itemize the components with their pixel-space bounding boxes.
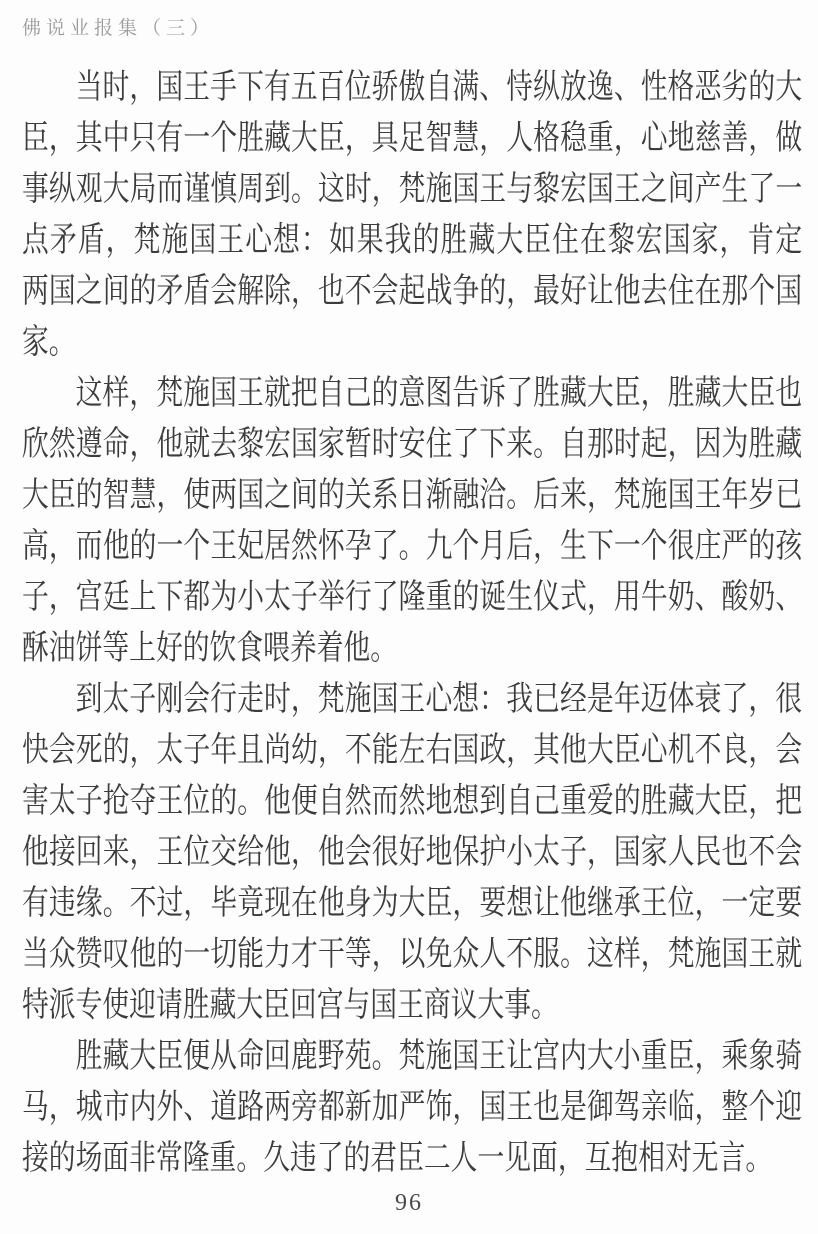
text-line: 这样，梵施国王就把自己的意图告诉了胜藏大臣，胜藏大臣也 (22, 368, 802, 419)
text-line: 臣，其中只有一个胜藏大臣，具足智慧，人格稳重，心地慈善，做 (22, 113, 802, 164)
text-line: 接的场面非常隆重。久违了的君臣二人一见面，互抱相对无言。 (22, 1133, 802, 1184)
text-line: 当众赞叹他的一切能力才干等，以免众人不服。这样，梵施国王就 (22, 929, 802, 980)
text-line: 特派专使迎请胜藏大臣回宫与国王商议大事。 (22, 980, 802, 1031)
text-line: 他接回来，王位交给他，他会很好地保护小太子，国家人民也不会 (22, 827, 802, 878)
text-line: 高，而他的一个王妃居然怀孕了。九个月后，生下一个很庄严的孩 (22, 521, 802, 572)
text-line: 欣然遵命，他就去黎宏国家暂时安住了下来。自那时起，因为胜藏 (22, 419, 802, 470)
text-line: 大臣的智慧，使两国之间的关系日渐融洽。后来，梵施国王年岁已 (22, 470, 802, 521)
running-header: 佛说业报集（三） (22, 13, 214, 40)
body-text: 当时，国王手下有五百位骄傲自满、恃纵放逸、性格恶劣的大臣，其中只有一个胜藏大臣，… (22, 62, 802, 1184)
page-number: 96 (0, 1190, 818, 1217)
text-line: 酥油饼等上好的饮食喂养着他。 (22, 623, 802, 674)
text-line: 点矛盾，梵施国王心想：如果我的胜藏大臣住在黎宏国家，肯定 (22, 215, 802, 266)
text-line: 子，宫廷上下都为小太子举行了隆重的诞生仪式，用牛奶、酸奶、 (22, 572, 802, 623)
text-line: 当时，国王手下有五百位骄傲自满、恃纵放逸、性格恶劣的大 (22, 62, 802, 113)
text-line: 家。 (22, 317, 802, 368)
text-line: 害太子抢夺王位的。他便自然而然地想到自己重爱的胜藏大臣，把 (22, 776, 802, 827)
text-line: 胜藏大臣便从命回鹿野苑。梵施国王让宫内大小重臣，乘象骑 (22, 1031, 802, 1082)
text-line: 事纵观大局而谨慎周到。这时，梵施国王与黎宏国王之间产生了一 (22, 164, 802, 215)
text-line: 两国之间的矛盾会解除，也不会起战争的，最好让他去住在那个国 (22, 266, 802, 317)
text-line: 到太子刚会行走时，梵施国王心想：我已经是年迈体衰了，很 (22, 674, 802, 725)
text-line: 马，城市内外、道路两旁都新加严饰，国王也是御驾亲临，整个迎 (22, 1082, 802, 1133)
text-line: 有违缘。不过，毕竟现在他身为大臣，要想让他继承王位，一定要 (22, 878, 802, 929)
text-line: 快会死的，太子年且尚幼，不能左右国政，其他大臣心机不良，会 (22, 725, 802, 776)
book-page: 佛说业报集（三） 当时，国王手下有五百位骄傲自满、恃纵放逸、性格恶劣的大臣，其中… (0, 0, 818, 1234)
